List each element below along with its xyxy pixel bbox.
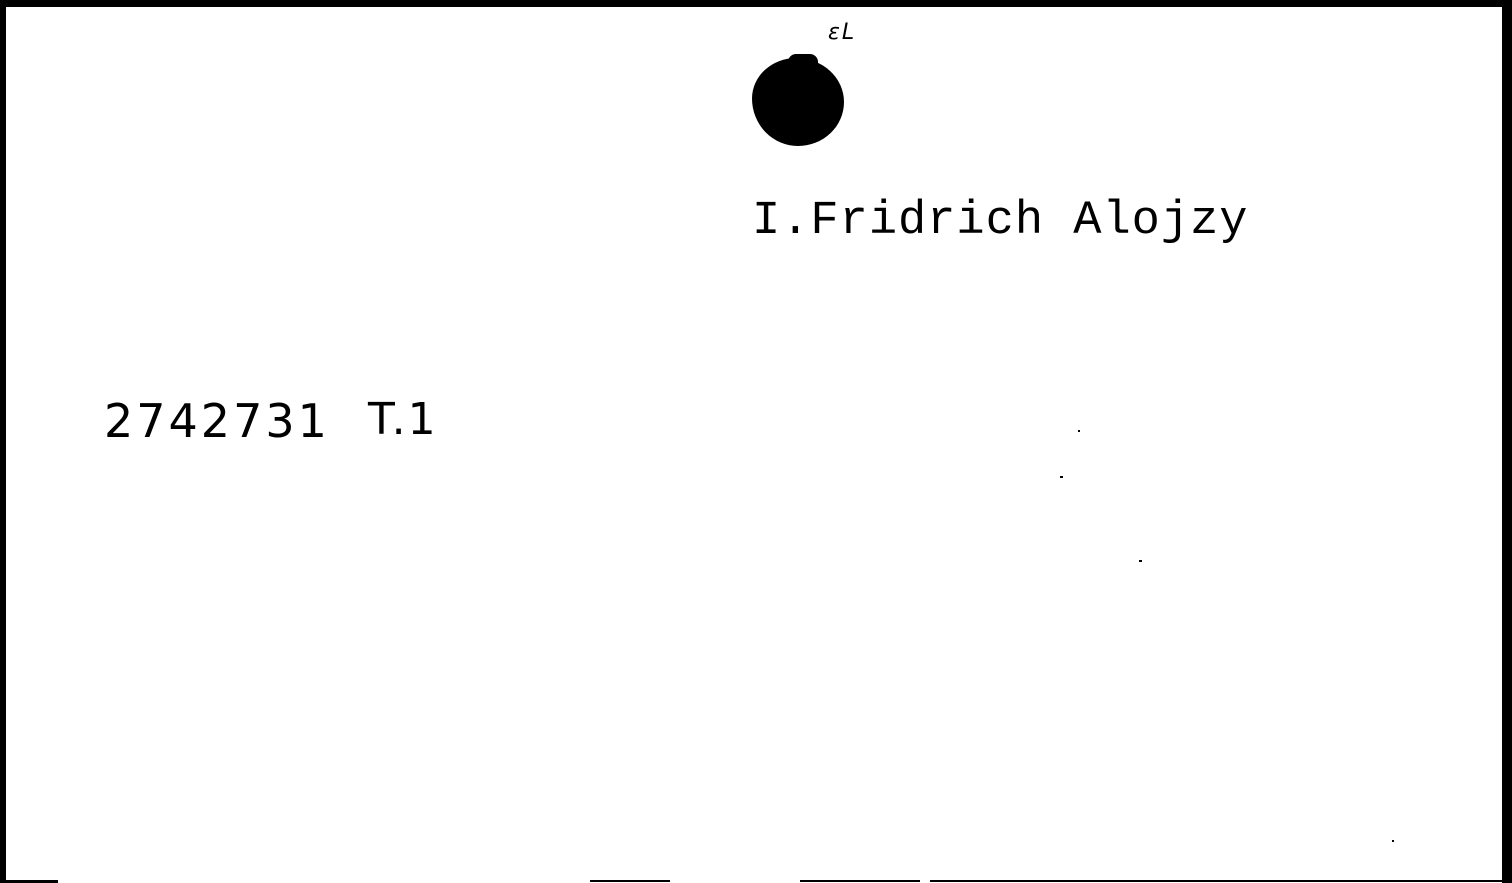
scan-speck: [1078, 430, 1080, 432]
record-number: 2742731: [104, 398, 330, 444]
card-edge-line: [930, 880, 1512, 882]
card-edge-line: [590, 880, 670, 882]
handwritten-annotation: εL: [828, 22, 856, 44]
volume-mark: T.1: [368, 398, 438, 442]
person-name: I.Fridrich Alojzy: [752, 198, 1248, 245]
scan-speck: [1060, 476, 1063, 478]
punch-hole-icon: [752, 58, 844, 146]
scan-speck: [1392, 840, 1394, 842]
scan-speck: [1139, 560, 1142, 562]
card-edge-line: [800, 880, 920, 882]
